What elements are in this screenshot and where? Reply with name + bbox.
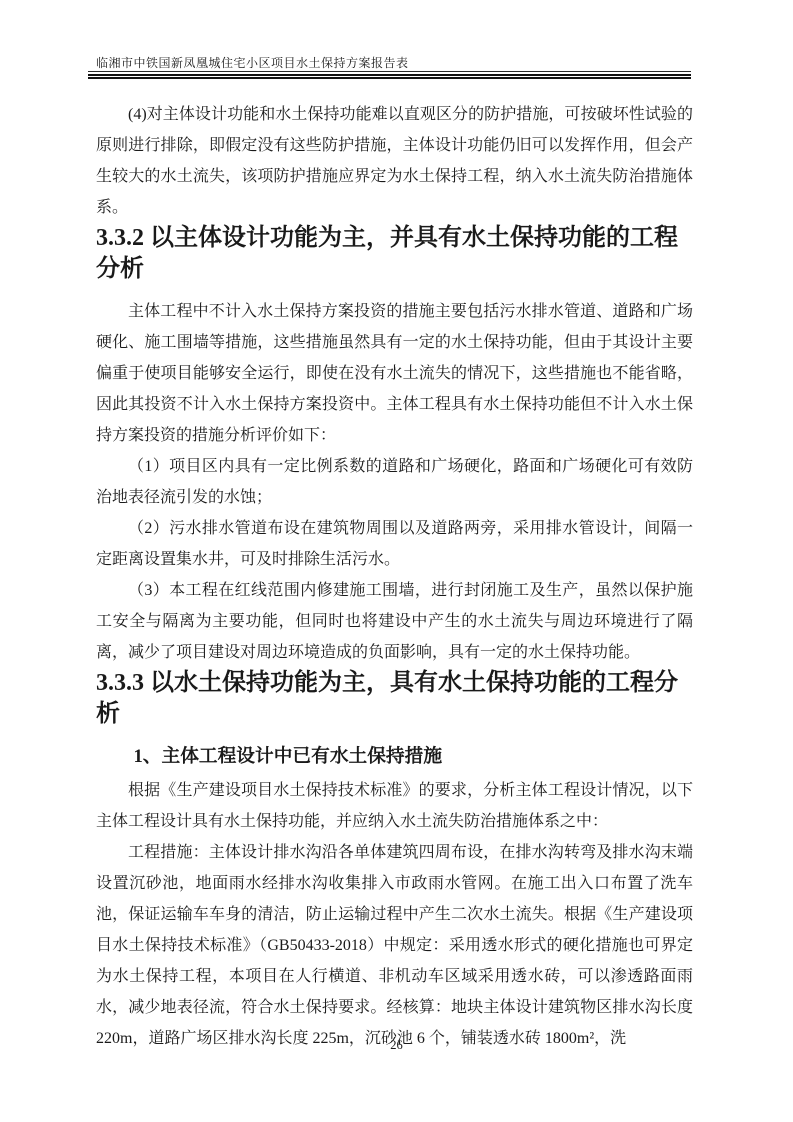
paragraph-standard-requirements: 根据《生产建设项目水土保持技术标准》的要求，分析主体工程设计情况，以下主体工程设… — [96, 775, 693, 837]
page-number: 26 — [0, 1038, 793, 1053]
document-page: 临湘市中铁国新凤凰城住宅小区项目水土保持方案报告表 (4)对主体设计功能和水土保… — [0, 0, 793, 1122]
document-body: (4)对主体设计功能和水土保持功能难以直观区分的防护措施，可按破坏性试验的原则进… — [96, 99, 693, 1054]
paragraph-point-1: （1）项目区内具有一定比例系数的道路和广场硬化，路面和广场硬化可有效防治地表径流… — [96, 451, 693, 513]
header-rule-double — [88, 74, 691, 79]
header-rule-thin — [88, 71, 691, 72]
paragraph-point-2: （2）污水排水管道布设在建筑物周围以及道路两旁，采用排水管设计，间隔一定距离设置… — [96, 513, 693, 575]
sub-heading-existing-measures: 1、主体工程设计中已有水土保持措施 — [96, 741, 693, 772]
section-heading-3-3-2: 3.3.2 以主体设计功能为主，并具有水土保持功能的工程分析 — [96, 223, 693, 285]
paragraph-point-3: （3）本工程在红线范围内修建施工围墙，进行封闭施工及生产，虽然以保护施工安全与隔… — [96, 575, 693, 668]
paragraph-main-works: 主体工程中不计入水土保持方案投资的措施主要包括污水排水管道、道路和广场硬化、施工… — [96, 296, 693, 451]
section-heading-3-3-3: 3.3.3 以水土保持功能为主，具有水土保持功能的工程分析 — [96, 668, 693, 730]
paragraph-point-4: (4)对主体设计功能和水土保持功能难以直观区分的防护措施，可按破坏性试验的原则进… — [96, 99, 693, 223]
paragraph-engineering-measures: 工程措施：主体设计排水沟沿各单体建筑四周布设，在排水沟转弯及排水沟末端设置沉砂池… — [96, 837, 693, 1054]
header-title: 临湘市中铁国新凤凰城住宅小区项目水土保持方案报告表 — [96, 54, 409, 71]
